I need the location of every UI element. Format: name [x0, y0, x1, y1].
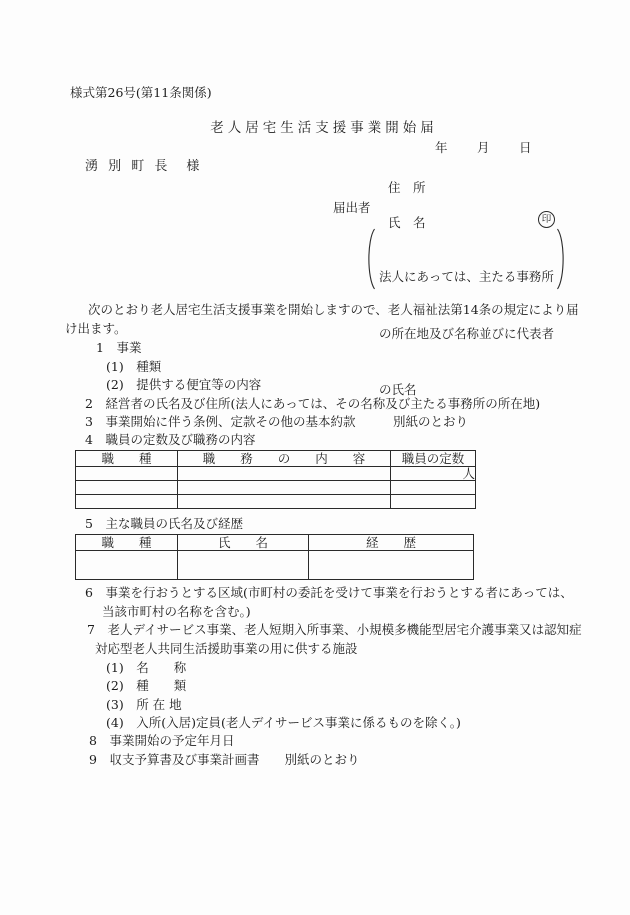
item-5: 5 主な職員の氏名及び経歴: [85, 515, 243, 532]
close-paren-icon: [556, 228, 568, 293]
item-7-2: (2) 種 類: [106, 677, 186, 694]
quota-unit-cell: 人: [391, 467, 476, 481]
corporate-note-line: 法人にあっては、主たる事務所: [379, 268, 554, 287]
table-cell: [178, 551, 309, 580]
date-line: 年 月 日: [435, 139, 533, 156]
table-cell: [391, 481, 476, 495]
key-staff-header-name: 氏 名: [178, 535, 309, 551]
table-row: [76, 551, 474, 580]
table-cell: [178, 481, 391, 495]
corporate-note-line: の所在地及び名称並びに代表者: [379, 325, 554, 344]
item-6: 6 事業を行おうとする区域(市町村の委託を受けて事業を行おうとする者にあっては、: [85, 584, 573, 601]
intro-line: け出ます。: [65, 320, 127, 337]
item-2: 2 経営者の氏名及び住所(法人にあっては、その名称及び主たる事務所の所在地): [85, 395, 540, 412]
key-staff-table: 職 種 氏 名 経 歴: [75, 534, 474, 580]
staff-header-quota: 職員の定数: [391, 451, 476, 467]
intro-line: 次のとおり老人居宅生活支援事業を開始しますので、老人福祉法第14条の規定により届: [88, 301, 579, 318]
form-page: 様式第26号(第11条関係) 老人居宅生活支援事業開始届 年 月 日 湧 別 町…: [0, 0, 630, 915]
staff-table-header-row: 職 種 職 務 の 内 容 職員の定数: [76, 451, 476, 467]
item-1-1: (1) 種類: [106, 358, 161, 375]
address-label: 住 所: [388, 179, 426, 196]
key-staff-header-row: 職 種 氏 名 経 歴: [76, 535, 474, 551]
item-7-4: (4) 入所(入居)定員(老人デイサービス事業に係るものを除く。): [106, 714, 461, 731]
key-staff-header-type: 職 種: [76, 535, 178, 551]
declarant-label: 届出者: [333, 199, 371, 216]
open-paren-icon: [364, 228, 376, 293]
item-7-3: (3) 所 在 地: [106, 696, 182, 713]
table-cell: [391, 495, 476, 509]
table-row: 人: [76, 467, 476, 481]
item-3: 3 事業開始に伴う条例、定款その他の基本約款 別紙のとおり: [85, 413, 468, 430]
key-staff-header-career: 経 歴: [309, 535, 474, 551]
table-cell: [309, 551, 474, 580]
staff-table: 職 種 職 務 の 内 容 職員の定数 人: [75, 450, 476, 509]
addressee: 湧 別 町 長 様: [85, 158, 202, 175]
staff-header-duties: 職 務 の 内 容: [178, 451, 391, 467]
table-cell: [76, 495, 178, 509]
seal-mark-icon: 印: [538, 211, 555, 228]
item-1-2: (2) 提供する便宜等の内容: [106, 376, 261, 393]
table-cell: [76, 467, 178, 481]
form-number: 様式第26号(第11条関係): [70, 84, 212, 101]
item-7-1: (1) 名 称: [106, 659, 186, 676]
staff-header-type: 職 種: [76, 451, 178, 467]
item-6-cont: 当該市町村の名称を含む。): [102, 603, 251, 620]
item-4: 4 職員の定数及び職務の内容: [85, 431, 255, 448]
item-8: 8 事業開始の予定年月日: [89, 732, 234, 749]
item-1: 1 事業: [96, 339, 141, 356]
table-cell: [76, 481, 178, 495]
table-row: [76, 495, 476, 509]
table-cell: [76, 551, 178, 580]
item-7-cont: 対応型老人共同生活援助事業の用に供する施設: [95, 640, 358, 657]
table-cell: [178, 467, 391, 481]
table-row: [76, 481, 476, 495]
item-7: 7 老人デイサービス事業、老人短期入所事業、小規模多機能型居宅介護事業又は認知症: [87, 621, 582, 638]
table-cell: [178, 495, 391, 509]
name-label: 氏 名: [388, 214, 426, 231]
page-title: 老人居宅生活支援事業開始届: [0, 120, 630, 137]
item-9: 9 収支予算書及び事業計画書 別紙のとおり: [89, 751, 359, 768]
